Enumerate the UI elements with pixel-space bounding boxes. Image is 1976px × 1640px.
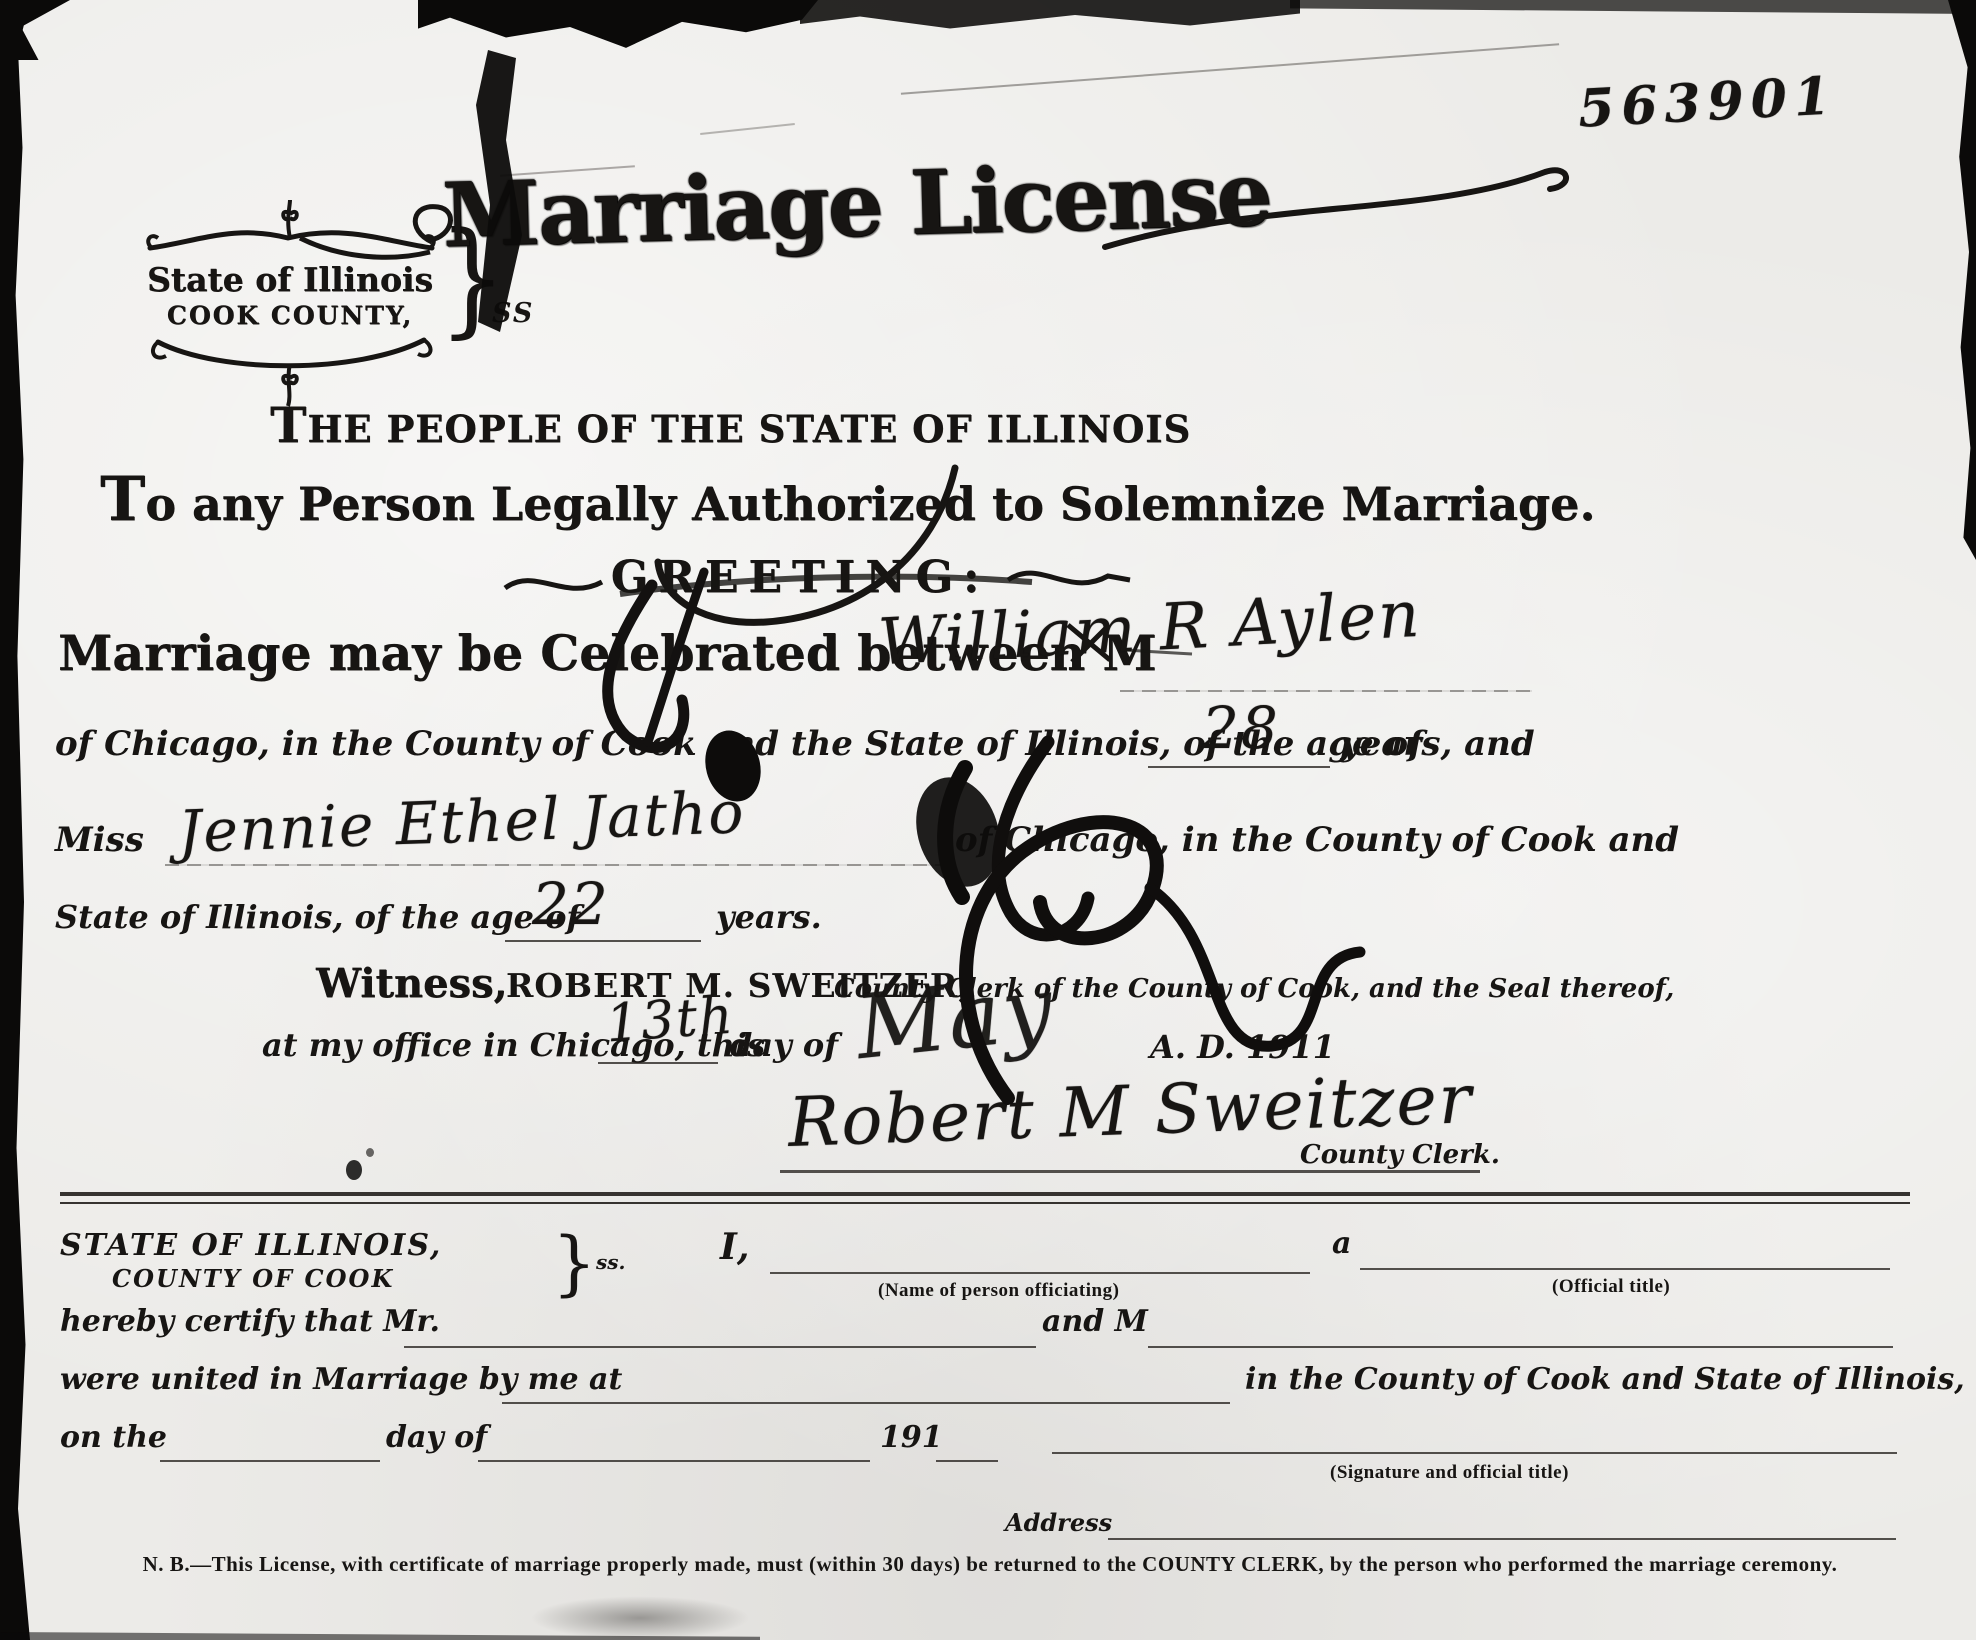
section-rule-top xyxy=(60,1192,1910,1196)
on-the-label: on the xyxy=(60,1420,167,1455)
bride-cert-line xyxy=(1148,1346,1893,1348)
address-line xyxy=(1108,1538,1896,1540)
cert-brace: } xyxy=(552,1222,597,1304)
bride-age-prefix-label: State of Illinois, of the age of xyxy=(55,898,580,936)
cert-ss-label: ss. xyxy=(596,1250,625,1274)
month-value: May xyxy=(851,956,1059,1079)
torn-edge-left xyxy=(0,0,30,1640)
official-title-caption: (Official title) xyxy=(1552,1276,1670,1298)
torn-edge-right xyxy=(1948,0,1976,560)
cert-day-line xyxy=(160,1460,380,1462)
emblem-ss-label: SS xyxy=(492,298,534,329)
authorized-line: To any Person Legally Authorized to Sole… xyxy=(100,464,1470,535)
state-county-emblem: State of Illinois COOK COUNTY, xyxy=(140,198,440,412)
groom-age-value: 28 xyxy=(1202,694,1280,762)
torn-corner-top-left xyxy=(0,0,70,60)
torn-edge-top-band xyxy=(800,0,1300,30)
people-line: THE PEOPLE OF THE STATE OF ILLINOIS xyxy=(270,396,1130,454)
day-value: 13th xyxy=(604,986,736,1055)
officiant-name-line xyxy=(770,1272,1310,1274)
groom-name-line xyxy=(1120,690,1532,692)
bride-age-value: 22 xyxy=(532,870,610,938)
and-m-label: and M xyxy=(1042,1304,1148,1339)
emblem-flourish-top xyxy=(140,198,440,256)
certify-label: hereby certify that Mr. xyxy=(60,1304,440,1339)
bride-name-line xyxy=(165,864,940,866)
years-and-label: years, and xyxy=(1340,724,1535,764)
official-title-line xyxy=(1360,1268,1890,1270)
cert-state-label: STATE OF ILLINOIS, xyxy=(60,1228,442,1263)
groom-cert-line xyxy=(404,1346,1036,1348)
county-state-label: in the County of Cook and State of Illin… xyxy=(1245,1362,1965,1397)
year-suffix-line xyxy=(936,1460,998,1462)
day-line xyxy=(598,1062,718,1064)
day-of-label: day of xyxy=(730,1026,838,1064)
signature-line xyxy=(780,1170,1480,1173)
bottom-smudge xyxy=(530,1596,750,1640)
witness-label: Witness, xyxy=(316,960,507,1007)
address-label: Address xyxy=(1005,1508,1112,1537)
united-label: were united in Marriage by me at xyxy=(60,1362,622,1397)
torn-edge-top-blob xyxy=(418,0,818,52)
cert-i-label: I, xyxy=(720,1226,749,1268)
officiant-signature-line xyxy=(1052,1452,1897,1454)
signature-caption: (Signature and official title) xyxy=(1330,1462,1569,1484)
document-title: Marriage License xyxy=(441,141,1272,267)
scratch-mark xyxy=(901,43,1559,94)
serial-number: 563901 xyxy=(1577,65,1839,139)
torn-edge-top-right xyxy=(1290,0,1976,14)
cert-month-line xyxy=(478,1460,870,1462)
state-label: State of Illinois xyxy=(140,260,440,299)
ink-spot xyxy=(346,1160,362,1180)
ad-year-label: A. D. 1911 xyxy=(1150,1028,1335,1066)
marriage-license-document: 563901 State of Illinois COOK COUNTY, } … xyxy=(0,0,1976,1640)
section-rule-bottom xyxy=(60,1202,1910,1204)
ink-spot xyxy=(366,1148,374,1157)
bride-name-value: Jennie Ethel Jatho xyxy=(177,778,746,866)
year-prefix-label: 191 xyxy=(880,1420,943,1455)
scratch-mark xyxy=(700,123,795,135)
clerk-title-label: County Clerk. xyxy=(1300,1140,1500,1170)
officiant-caption: (Name of person officiating) xyxy=(878,1280,1119,1302)
nb-notice: N. B.—This License, with certificate of … xyxy=(110,1552,1870,1577)
cert-a-label: a xyxy=(1332,1226,1351,1261)
county-label: COOK COUNTY, xyxy=(140,301,440,330)
groom-age-line xyxy=(1148,766,1330,768)
place-line xyxy=(502,1402,1230,1404)
bride-residence-label: of Chicago, in the County of Cook and xyxy=(955,820,1679,860)
bride-age-line xyxy=(505,940,701,942)
greeting-line: GREETING: xyxy=(520,552,1080,603)
miss-label: Miss xyxy=(55,820,144,860)
cert-county-label: COUNTY OF COOK xyxy=(112,1264,394,1293)
years-label: years. xyxy=(716,898,822,936)
cert-day-of-label: day of xyxy=(386,1420,487,1455)
